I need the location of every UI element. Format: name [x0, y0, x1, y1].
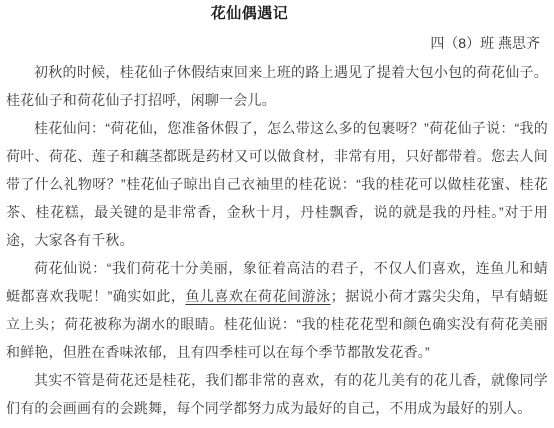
paragraph-2: 桂花仙问：“荷花仙，您准备休假了，怎么带这么多的包裹呀？”荷花仙子说：“我的荷叶…	[6, 114, 548, 254]
document-page: 花仙偶遇记 四（8）班 燕思齐 初秋的时候，桂花仙子休假结束回来上班的路上遇见了…	[0, 0, 554, 428]
paragraph-4: 其实不管是荷花还是桂花，我们都非常的喜欢，有的花儿美有的花儿香，就像同学们有的会…	[6, 366, 548, 422]
paragraph-3-underlined-text: 鱼儿喜欢在荷花间游泳	[185, 288, 330, 304]
byline: 四（8）班 燕思齐	[6, 29, 548, 57]
paragraph-1: 初秋的时候，桂花仙子休假结束回来上班的路上遇见了提着大包小包的荷花仙子。桂花仙子…	[6, 58, 548, 114]
paragraph-1-text: 初秋的时候，桂花仙子休假结束回来上班的路上遇见了提着大包小包的荷花仙子。桂花仙子…	[6, 64, 548, 108]
paragraph-2-text: 桂花仙问：“荷花仙，您准备休假了，怎么带这么多的包裹呀？”荷花仙子说：“我的荷叶…	[6, 120, 548, 248]
paragraph-4-text: 其实不管是荷花还是桂花，我们都非常的喜欢，有的花儿美有的花儿香，就像同学们有的会…	[6, 372, 548, 416]
document-title: 花仙偶遇记	[6, 2, 493, 26]
paragraph-3: 荷花仙说：“我们荷花十分美丽，象征着高洁的君子，不仅人们喜欢，连鱼儿和蜻蜓都喜欢…	[6, 254, 548, 366]
document-body: 初秋的时候，桂花仙子休假结束回来上班的路上遇见了提着大包小包的荷花仙子。桂花仙子…	[6, 58, 548, 422]
